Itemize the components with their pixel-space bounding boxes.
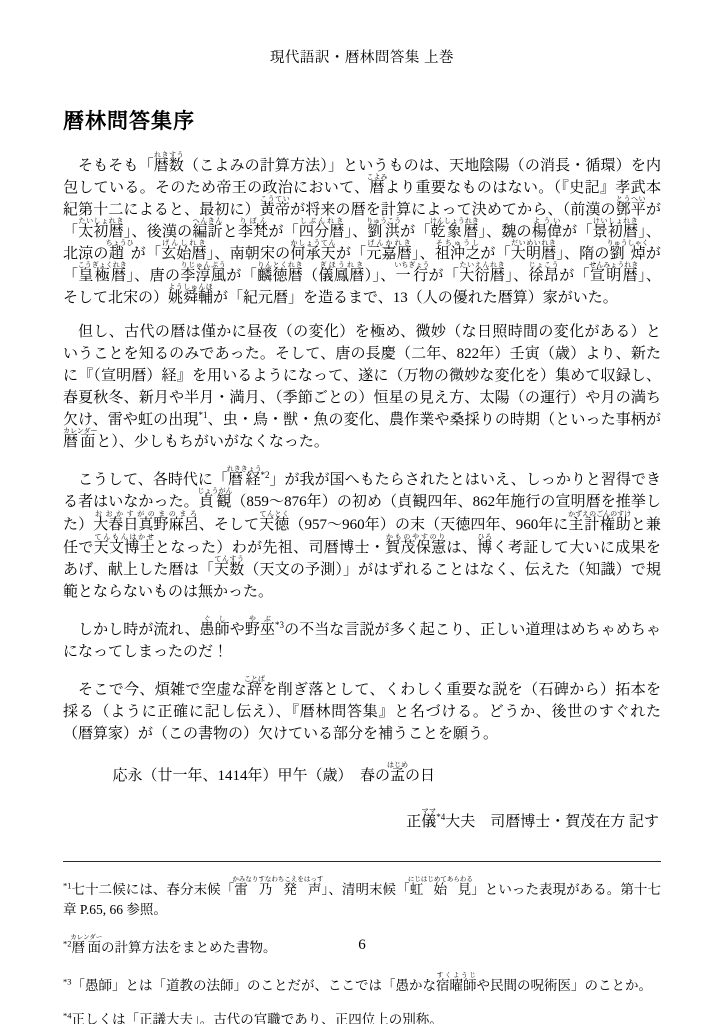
- section-title: 暦林問答集序: [63, 105, 661, 135]
- body-text: そもそも「暦数れきすう（こよみの計算方法）」というものは、天地陰陽（の消長・循環…: [63, 151, 661, 833]
- footnote-4: *4正しくは「正議大夫」。古代の官職であり、正四位上の別称。: [63, 1010, 661, 1024]
- page-number: 6: [0, 937, 724, 954]
- footnote-reference: *3: [275, 620, 284, 630]
- footnote-reference: *4: [436, 812, 445, 822]
- footnote-1-marker: *1: [63, 881, 72, 891]
- paragraph-2: 但し、古代の暦は僅かに昼夜（の変化）を極め、微妙（な日照時間の変化がある）という…: [63, 321, 661, 453]
- paragraph-1: そもそも「暦数れきすう（こよみの計算方法）」というものは、天地陰陽（の消長・循環…: [63, 151, 661, 309]
- footnote-3-marker: *3: [63, 977, 72, 987]
- footnote-4-text: 正しくは「正議大夫」。古代の官職であり、正四位上の別称。: [72, 1012, 443, 1024]
- document-page: 現代語訳・暦林問答集 上巻 暦林問答集序 そもそも「暦数れきすう（こよみの計算方…: [0, 0, 724, 1024]
- paragraph-3: こうして、各時代に「暦経れききょう*2」が我が国へもたらされたとはいえ、しっかり…: [63, 465, 661, 603]
- footnote-1-text: 七十二候には、春分末候「雷 乃 発 声かみなりすなわちこえをはっす」、清明末候「…: [63, 882, 661, 917]
- footnote-reference: *1: [198, 410, 207, 420]
- footnote-4-marker: *4: [63, 1011, 72, 1021]
- date-line: 応永（廿一年、1414年）甲午（歳） 春の孟はじめの日: [113, 761, 662, 787]
- footnote-1: *1七十二候には、春分末候「雷 乃 発 声かみなりすなわちこえをはっす」、清明末…: [63, 876, 661, 920]
- signature-line: 正儀ママ*4大夫 司暦博士・賀茂在方 記す: [63, 807, 661, 833]
- paragraph-5: そこで今、煩雑で空虚な辞ことばを削ぎ落として、くわしく重要な説を（石碑から）拓本…: [63, 675, 661, 745]
- footnote-separator: [63, 861, 661, 862]
- footnote-3-text: 「愚師」とは「道教の法師」のことだが、ここでは「愚かな宿曜師すくようじや民間の呪…: [72, 978, 653, 993]
- footnote-3: *3「愚師」とは「道教の法師」のことだが、ここでは「愚かな宿曜師すくようじや民間…: [63, 972, 661, 996]
- paragraph-4: しかし時が流れ、愚師ぐしや野巫やぶ*3の不当な言説が多く起こり、正しい道理はめち…: [63, 615, 661, 663]
- running-header: 現代語訳・暦林問答集 上巻: [63, 46, 661, 67]
